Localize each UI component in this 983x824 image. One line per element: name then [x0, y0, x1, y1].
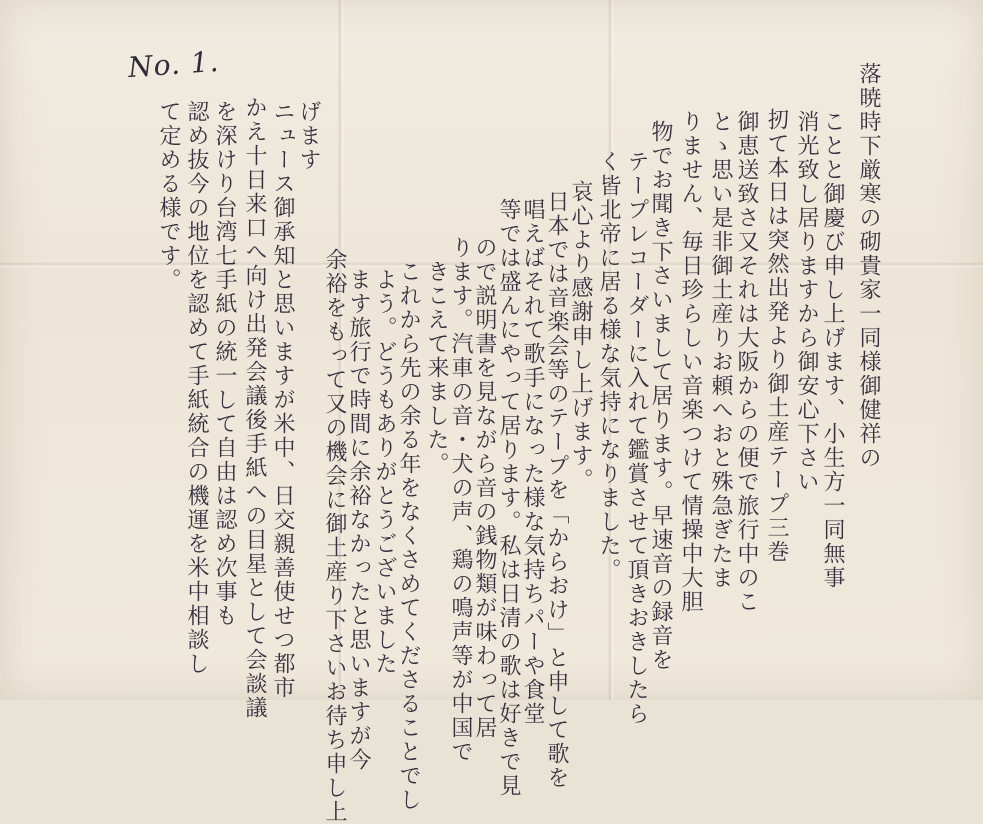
text-column: を深けり台湾七手紙の統一して自由は認め次事も [213, 100, 235, 628]
text-column: 消光致し居りますから御安心下さい [795, 110, 817, 494]
text-column: ことと御慶び申し上げます、小生方一同無事 [821, 110, 843, 590]
text-column: 落暁時下厳寒の砌貴家一同様御健祥の [857, 62, 879, 470]
text-column: 物でお聞き下さいまして居ります。早速音の録音を [649, 120, 671, 672]
text-column: よう。どうもありがとうございました [373, 268, 395, 676]
text-column: 余裕をもって又の機会に御土産り下さいお待ち申し上 [323, 248, 345, 700]
text-column: く皆北帝に居る様な気持になりました。 [597, 150, 619, 582]
text-column: 御恵送致さ又それは大阪からの便で旅行中のこ [735, 110, 757, 614]
text-column: ます旅行で時間に余裕なかったと思いますが今 [347, 268, 369, 700]
text-column: ります。汽車の音・犬の声、鶏の鳴声等が中国で [449, 236, 471, 700]
text-column: かえ十日来口へ向け出発会議後手紙への目星として会談議 [243, 96, 265, 700]
text-column: とゝ思い是非御土産りお頼へおと殊急ぎたま [709, 110, 731, 590]
text-column: きこえて来ました。 [425, 260, 447, 476]
letter-body: 落暁時下厳寒の砌貴家一同様御健祥のことと御慶び申し上げます、小生方一同無事消光致… [0, 0, 983, 700]
text-column: ニュース御承知と思いますが米中、日交親善使せつ都市 [271, 100, 293, 700]
text-column: て定める様です。 [157, 100, 179, 292]
text-column: 認め抜今の地位を認めて手紙統合の機運を米中相談し [185, 100, 207, 676]
text-column: 唱えばそれて歌手になった様な気持ちパーや食堂 [521, 198, 543, 700]
text-column: これから先の余る年をなくさめてくださることでし [397, 260, 419, 700]
text-column: テープレコーダーに入れて鑑賞させて頂きおきしたら [625, 150, 647, 700]
text-column: 等では盛んにやって居ります。私は日清の歌は好きで見 [497, 198, 519, 700]
text-column: ので説明書を見ながら音の銭物類が味わって居 [473, 236, 495, 700]
text-column: 扨て本日は突然出発より御土産テープ三巻 [765, 108, 787, 564]
letter-page: No. 1. 落暁時下厳寒の砌貴家一同様御健祥のことと御慶び申し上げます、小生方… [0, 0, 983, 700]
text-column: 日本では音楽会等のテープを「からおけ」と申して歌を [545, 190, 567, 700]
text-column: りません、毎日珍らしい音楽つけて情操中大胆 [679, 110, 701, 614]
text-column: げます [297, 100, 319, 172]
text-column: 哀心より感謝申し上げます。 [569, 180, 591, 492]
